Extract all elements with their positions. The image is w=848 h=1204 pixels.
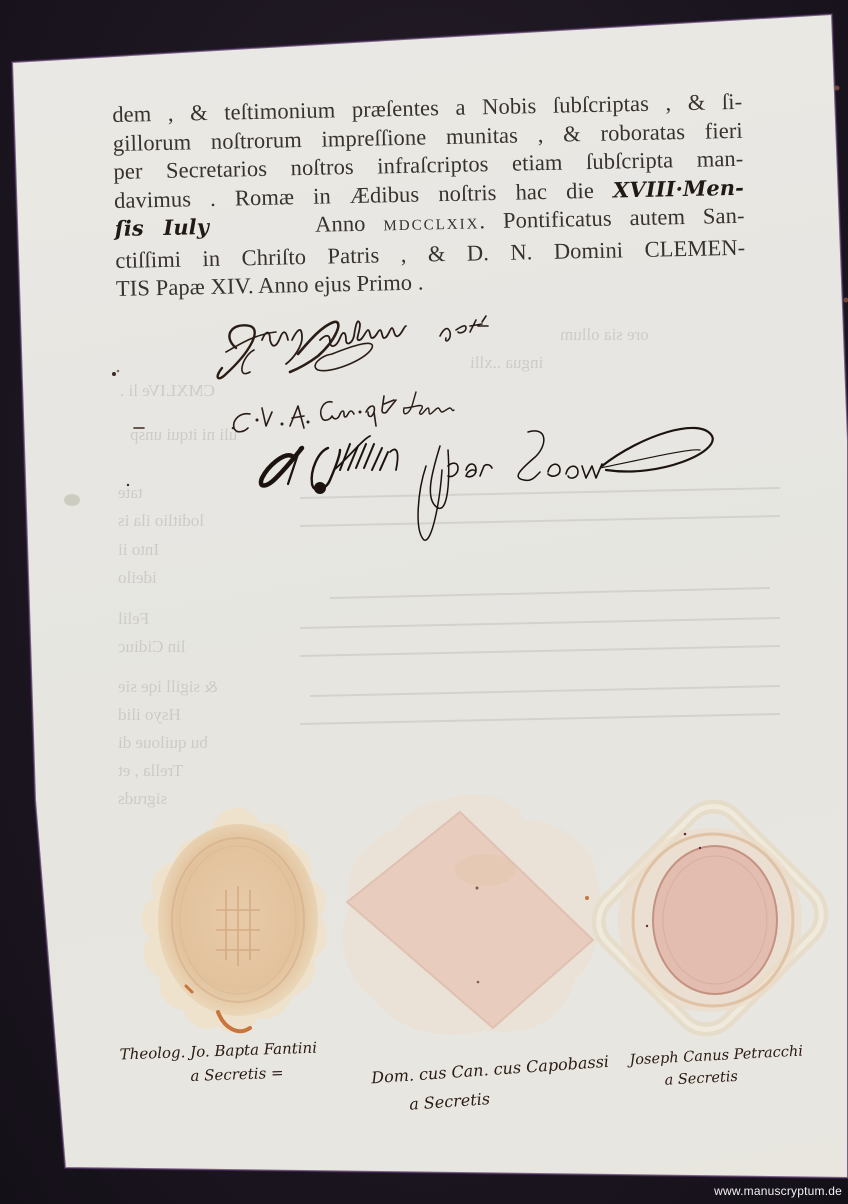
seal-middle: [335, 790, 610, 1040]
signature-spor-lacow: [261, 428, 713, 540]
seal-left: [120, 790, 350, 1050]
watermark-url: www.manuscryptum.de: [714, 1184, 842, 1198]
margin-marks: [113, 373, 144, 428]
secretary-signature-fantini: Theolog. Jo. Bapta Fantini a Secretis =: [119, 1039, 318, 1088]
seal-right: [585, 790, 840, 1050]
